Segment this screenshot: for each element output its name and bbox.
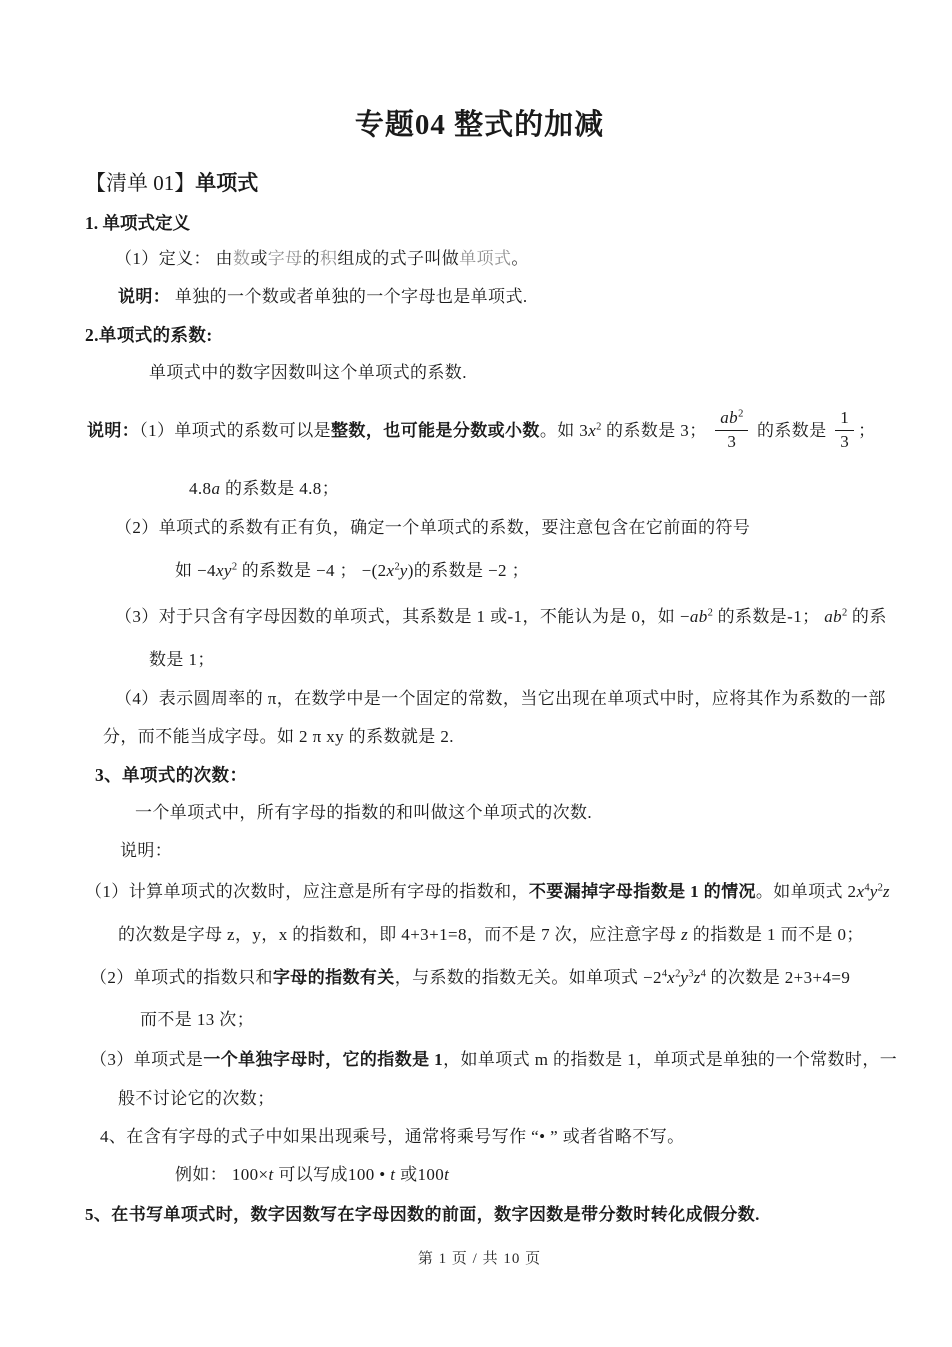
fraction: 13 [835, 408, 854, 452]
item4-example-line: 例如： 100×t 可以写成100 • t 或100t [175, 1156, 874, 1194]
heading-degree: 3、单项式的次数： [95, 756, 874, 794]
definition-line: （1）定义： 由数或字母的积组成的式子叫做单项式。 [115, 240, 874, 278]
page-title: 专题04 整式的加减 [85, 100, 874, 150]
coefficient-note4-continue-line: 分，而不能当成字母。如 2 π xy 的系数就是 2. [103, 718, 874, 756]
item5-writing-rule-line: 5、在书写单项式时，数字因数写在字母因数的前面，数字因数是带分数时转化成假分数. [85, 1194, 874, 1236]
heading-coefficient: 2.单项式的系数: [85, 316, 874, 354]
coefficient-note4-line: （4）表示圆周率的 π，在数学中是一个固定的常数，当它出现在单项式中时，应将其作… [115, 680, 874, 718]
degree-note3-continue-line: 般不讨论它的次数； [118, 1080, 874, 1118]
degree-definition-line: 一个单项式中，所有字母的指数的和叫做这个单项式的次数. [135, 794, 874, 832]
degree-note1-line: （1）计算单项式的次数时，应注意是所有字母的指数和，不要漏掉字母指数是 1 的情… [85, 870, 874, 914]
coefficient-note1-line: 说明：（1）单项式的系数可以是整数，也可能是分数或小数。如 3x2 的系数是 3… [87, 392, 874, 470]
coefficient-note2-line: （2）单项式的系数有正有负，确定一个单项式的系数，要注意包含在它前面的符号 [115, 508, 874, 548]
degree-note1-continue-line: 的次数是字母 z，y，x 的指数和，即 4+3+1=8，而不是 7 次，应注意字… [118, 914, 874, 956]
degree-note3-line: （3）单项式是一个单独字母时，它的指数是 1，如单项式 m 的指数是 1，单项式… [90, 1040, 874, 1080]
fraction: ab23 [715, 408, 748, 452]
page-footer: 第 1 页 / 共 10 页 [85, 1244, 874, 1274]
document-page: 专题04 整式的加减 【清单 01】单项式 1. 单项式定义 （1）定义： 由数… [0, 0, 952, 1347]
coefficient-note3-continue-line: 数是 1； [149, 640, 874, 680]
degree-note2-continue-line: 而不是 13 次； [140, 1000, 874, 1040]
section-header-list01: 【清单 01】单项式 [85, 166, 874, 200]
item4-multiplication-sign-line: 4、在含有字母的式子中如果出现乘号，通常将乘号写作 “• ” 或者省略不写。 [100, 1118, 874, 1156]
coefficient-note2-example-line: 如 −4xy2 的系数是 −4 ； −(2x2y)的系数是 −2 ； [175, 548, 874, 594]
definition-note-line: 说明： 单独的一个数或者单独的一个字母也是单项式. [118, 278, 874, 316]
degree-note-label-line: 说明： [120, 832, 874, 870]
coefficient-definition-line: 单项式中的数字因数叫这个单项式的系数. [149, 354, 874, 392]
coefficient-note3-line: （3）对于只含有字母因数的单项式，其系数是 1 或-1，不能认为是 0，如 −a… [115, 594, 874, 640]
coefficient-note1b-line: 4.8a 的系数是 4.8； [189, 470, 874, 508]
heading-monomial-definition: 1. 单项式定义 [85, 206, 874, 240]
degree-note2-line: （2）单项式的指数只和字母的指数有关，与系数的指数无关。如单项式 −24x2y3… [90, 956, 874, 1000]
